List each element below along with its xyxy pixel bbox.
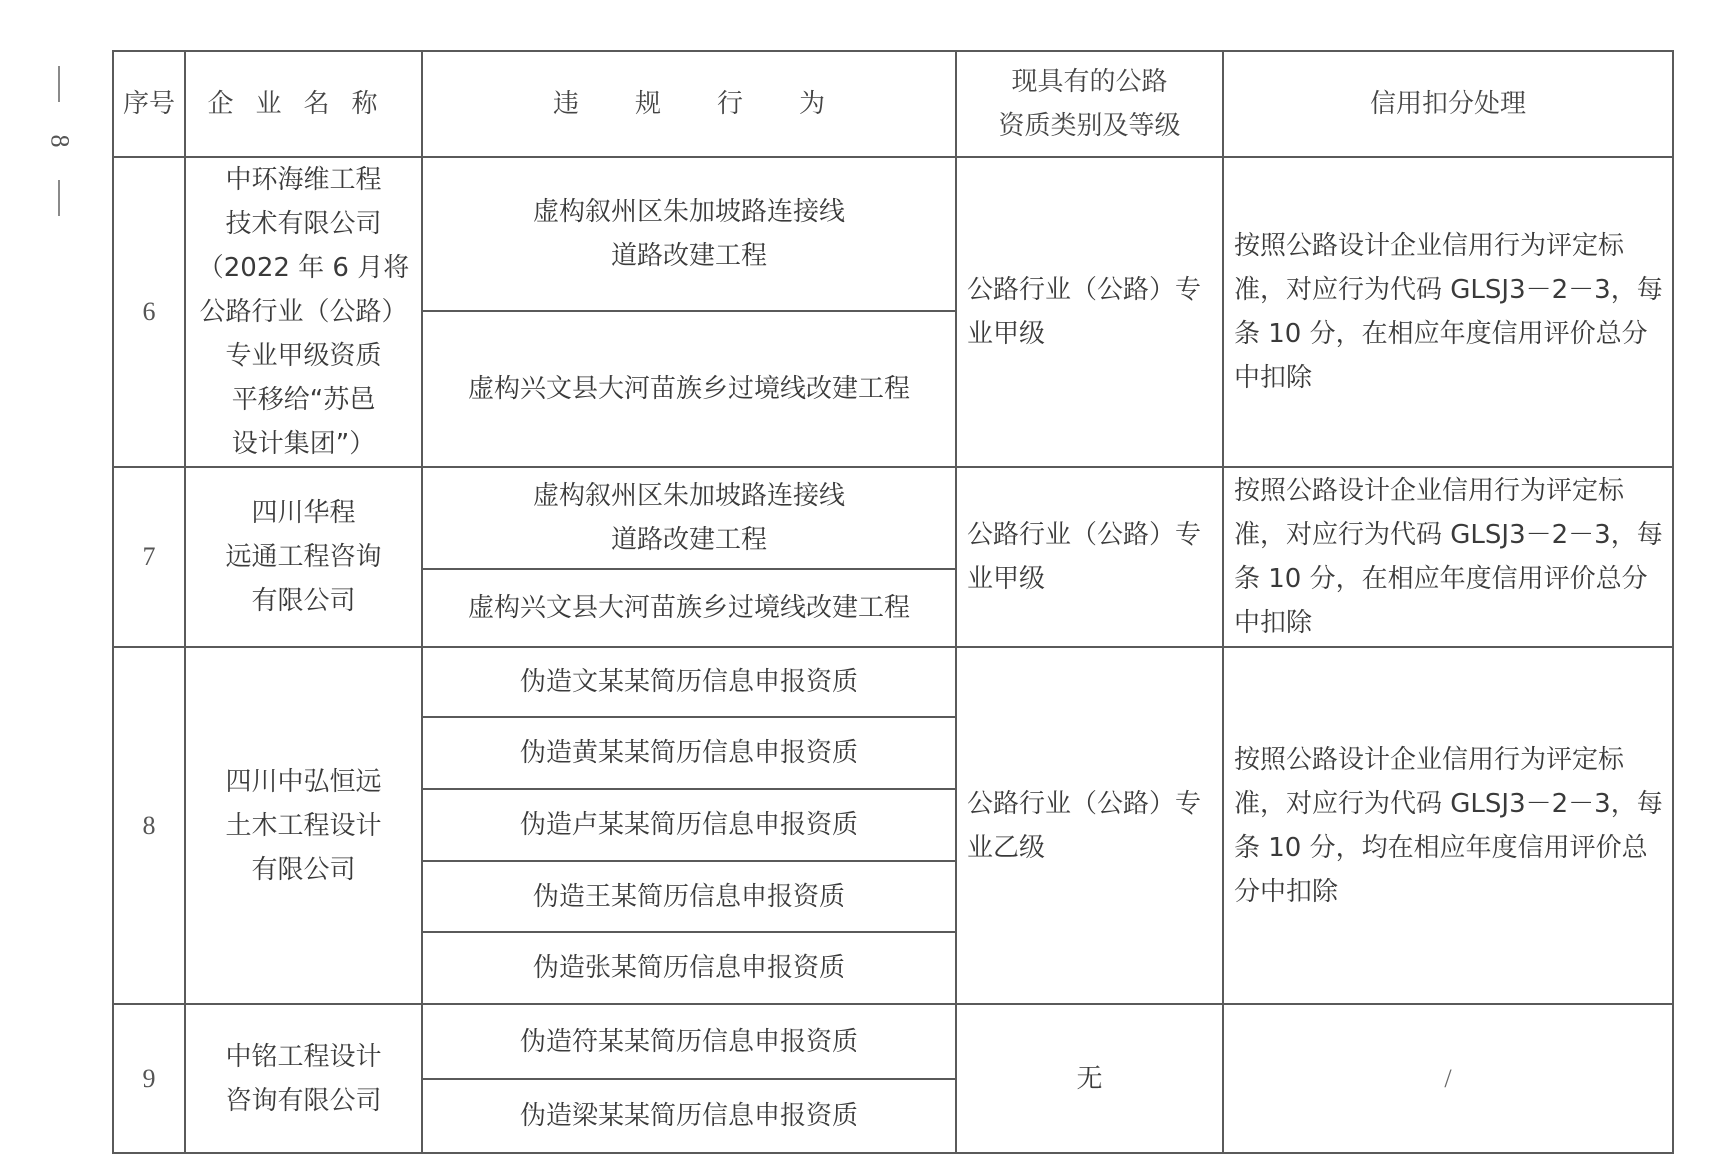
row-violation: 伪造黄某某简历信息申报资质 — [422, 717, 956, 789]
page-number-dash-bottom — [58, 180, 60, 216]
header-seq: 序号 — [113, 51, 185, 157]
row-qualification: 公路行业（公路）专业乙级 — [956, 647, 1223, 1004]
row-qualification: 无 — [956, 1004, 1223, 1153]
row-company: 中环海维工程 技术有限公司 （2022 年 6 月将 公路行业（公路） 专业甲级… — [185, 157, 422, 467]
company-line: 设计集团”） — [192, 422, 415, 466]
table-row: 7 四川华程 远通工程咨询 有限公司 虚构叙州区朱加坡路连接线 道路改建工程 公… — [113, 467, 1673, 569]
company-line: 有限公司 — [192, 579, 415, 623]
table-row: 8 四川中弘恒远 土木工程设计 有限公司 伪造文某某简历信息申报资质 公路行业（… — [113, 647, 1673, 717]
row-qualification: 公路行业（公路）专业甲级 — [956, 467, 1223, 647]
company-line: 公路行业（公路） — [192, 290, 415, 334]
row-violation: 伪造王某简历信息申报资质 — [422, 861, 956, 932]
company-line: 平移给“苏邑 — [192, 378, 415, 422]
table-row: 9 中铭工程设计 咨询有限公司 伪造符某某简历信息申报资质 无 / — [113, 1004, 1673, 1079]
header-violation: 违规行为 — [422, 51, 956, 157]
row-penalty: 按照公路设计企业信用行为评定标准，对应行为代码 GLSJ3－2－3，每条 10 … — [1223, 157, 1673, 467]
row-penalty: / — [1223, 1004, 1673, 1153]
row-violation: 虚构兴文县大河苗族乡过境线改建工程 — [422, 569, 956, 647]
row-seq: 6 — [113, 157, 185, 467]
company-line: 土木工程设计 — [192, 804, 415, 848]
header-qualification: 现具有的公路 资质类别及等级 — [956, 51, 1223, 157]
company-line: 有限公司 — [192, 848, 415, 892]
row-violation: 伪造符某某简历信息申报资质 — [422, 1004, 956, 1079]
row-violation: 伪造卢某某简历信息申报资质 — [422, 789, 956, 861]
row-seq: 9 — [113, 1004, 185, 1153]
company-line: 远通工程咨询 — [192, 535, 415, 579]
page-number-marker: 8 — [44, 66, 74, 216]
header-qualification-line1: 现具有的公路 — [957, 60, 1222, 104]
company-line: 中环海维工程 — [192, 158, 415, 202]
row-qualification: 公路行业（公路）专业甲级 — [956, 157, 1223, 467]
company-line: 专业甲级资质 — [192, 334, 415, 378]
row-penalty: 按照公路设计企业信用行为评定标准，对应行为代码 GLSJ3－2－3，每条 10 … — [1223, 467, 1673, 647]
row-violation: 伪造文某某简历信息申报资质 — [422, 647, 956, 717]
row-seq: 8 — [113, 647, 185, 1004]
row-company: 四川中弘恒远 土木工程设计 有限公司 — [185, 647, 422, 1004]
row-violation: 虚构叙州区朱加坡路连接线 道路改建工程 — [422, 467, 956, 569]
row-violation: 虚构兴文县大河苗族乡过境线改建工程 — [422, 311, 956, 467]
row-violation: 虚构叙州区朱加坡路连接线 道路改建工程 — [422, 157, 956, 311]
row-seq: 7 — [113, 467, 185, 647]
table-header-row: 序号 企业名称 违规行为 现具有的公路 资质类别及等级 信用扣分处理 — [113, 51, 1673, 157]
table-row: 6 中环海维工程 技术有限公司 （2022 年 6 月将 公路行业（公路） 专业… — [113, 157, 1673, 311]
row-violation: 伪造张某简历信息申报资质 — [422, 932, 956, 1004]
violation-line: 虚构叙州区朱加坡路连接线 — [423, 474, 955, 518]
row-company: 四川华程 远通工程咨询 有限公司 — [185, 467, 422, 647]
company-line: 中铭工程设计 — [192, 1035, 415, 1079]
row-penalty: 按照公路设计企业信用行为评定标准，对应行为代码 GLSJ3－2－3，每条 10 … — [1223, 647, 1673, 1004]
violation-line: 道路改建工程 — [423, 518, 955, 562]
company-line: 咨询有限公司 — [192, 1079, 415, 1123]
header-company: 企业名称 — [185, 51, 422, 157]
row-violation: 伪造梁某某简历信息申报资质 — [422, 1079, 956, 1153]
row-company: 中铭工程设计 咨询有限公司 — [185, 1004, 422, 1153]
header-penalty: 信用扣分处理 — [1223, 51, 1673, 157]
page-number: 8 — [44, 135, 74, 148]
company-line: 技术有限公司 — [192, 202, 415, 246]
violation-line: 道路改建工程 — [423, 234, 955, 278]
page-number-dash-top — [58, 66, 60, 102]
header-qualification-line2: 资质类别及等级 — [957, 104, 1222, 148]
company-line: 四川中弘恒远 — [192, 760, 415, 804]
company-line: 四川华程 — [192, 491, 415, 535]
credit-penalty-table: 序号 企业名称 违规行为 现具有的公路 资质类别及等级 信用扣分处理 6 中环海… — [112, 50, 1674, 1154]
violation-line: 虚构叙州区朱加坡路连接线 — [423, 190, 955, 234]
company-line: （2022 年 6 月将 — [192, 246, 415, 290]
